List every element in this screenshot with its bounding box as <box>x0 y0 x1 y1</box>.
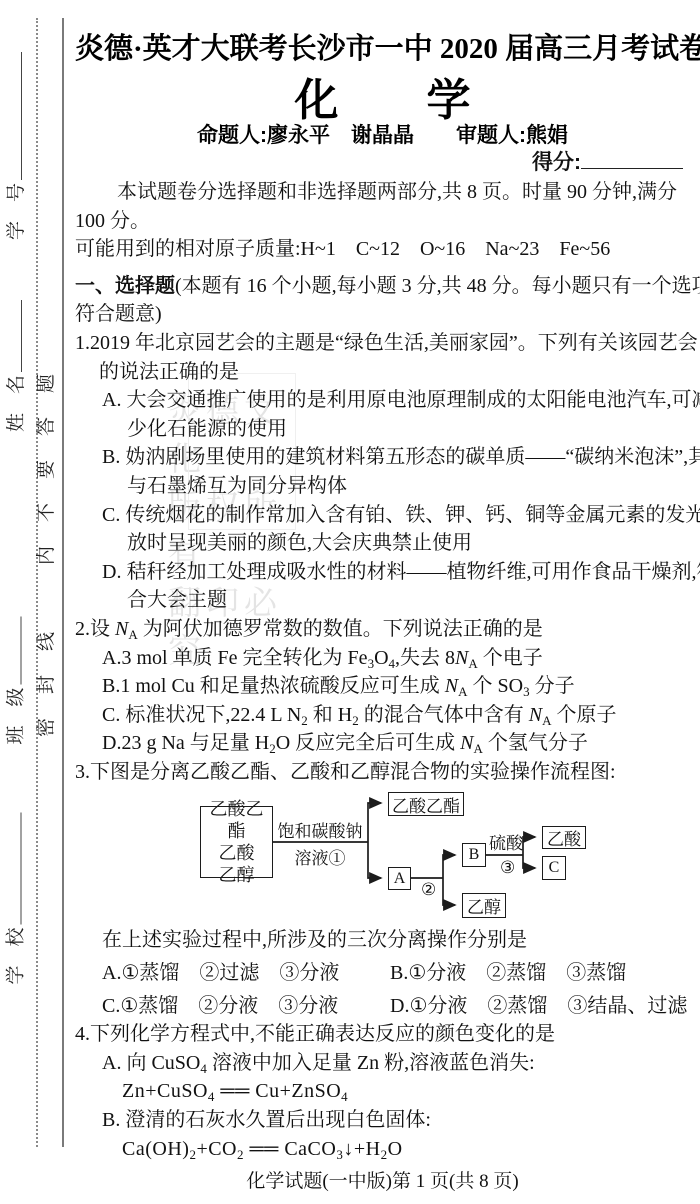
school-blank <box>4 812 22 924</box>
content-line: B.1 mol Cu 和足量热浓硫酸反应可生成 NA 个 SO3 分子 <box>75 672 693 701</box>
student-name-field: 姓 名 <box>4 290 30 432</box>
flow-step1-label: 饱和碳酸钠 <box>269 817 371 842</box>
content-line: 100 分。 <box>75 207 693 236</box>
flow-box-b: B <box>462 843 486 867</box>
content-line: Zn+CuSO4 ══ Cu+ZnSO4 <box>75 1077 693 1106</box>
content-line: D. 秸秆经加工处理成吸水性的材料——植物纤维,可用作食品干燥剂,符 <box>75 558 693 587</box>
content-line: B. 澄清的石灰水久置后出现白色固体: <box>75 1106 693 1135</box>
content-line: 的说法正确的是 <box>75 358 693 387</box>
student-id-blank <box>4 52 22 180</box>
content-line: C. 标准状况下,22.4 L N2 和 H2 的混合气体中含有 NA 个原子 <box>75 701 693 730</box>
page-border-line <box>62 18 64 1147</box>
option-column: C.①蒸馏 ②分液 ③分液 <box>102 992 390 1021</box>
content-line: 合大会主题 <box>75 586 693 615</box>
class-blank <box>4 616 22 684</box>
content-line: 一、选择题(本题有 16 个小题,每小题 3 分,共 48 分。每小题只有一个选… <box>75 272 693 301</box>
flow-box-acid: 乙酸 <box>542 826 586 849</box>
student-id-field: 学 号 <box>4 10 30 240</box>
flow-source-line: 乙酸乙酯 <box>201 798 272 842</box>
content-line: 与石墨烯互为同分异构体 <box>75 472 693 501</box>
content-line: C. 传统烟花的制作常加入含有铂、铁、钾、钙、铜等金属元素的发光剂,燃 <box>75 501 693 530</box>
content-line: 4.下列化学方程式中,不能正确表达反应的颜色变化的是 <box>75 1020 693 1049</box>
content-line: A. 大会交通推广使用的是利用原电池原理制成的太阳能电池汽车,可减 <box>75 386 693 415</box>
seal-line-text: 密封线 内不要答题 <box>34 367 60 737</box>
flow-box-ester: 乙酸乙酯 <box>388 792 464 816</box>
flow-box-c: C <box>542 856 566 880</box>
score-blank <box>581 149 683 169</box>
content-line: 符合题意) <box>75 300 693 329</box>
class-field: 班 级 <box>4 608 30 745</box>
student-name-blank <box>4 300 22 372</box>
option-column: D.①分液 ②蒸馏 ③结晶、过滤 <box>390 995 687 1017</box>
flow-box-ethanol: 乙醇 <box>462 893 506 918</box>
content-lines: 本试题卷分选择题和非选择题两部分,共 8 页。时量 90 分钟,满分100 分。… <box>75 178 693 1163</box>
content-line: 放时呈现美丽的颜色,大会庆典禁止使用 <box>75 529 693 558</box>
school-field: 学 校 <box>4 798 30 985</box>
school-label: 学 校 <box>6 927 27 984</box>
flow-source-line: 乙酸 <box>219 842 255 864</box>
flow-box-source: 乙酸乙酯 乙酸 乙醇 <box>200 806 273 878</box>
content-line: 3.下图是分离乙酸乙酯、乙酸和乙醇混合物的实验操作流程图: <box>75 758 693 787</box>
content-line: 本试题卷分选择题和非选择题两部分,共 8 页。时量 90 分钟,满分 <box>75 178 693 207</box>
content-line: A.①蒸馏 ②过滤 ③分液B.①分液 ②蒸馏 ③蒸馏 <box>75 959 693 988</box>
score-line: 得分: <box>532 146 683 176</box>
flow-step3-label: 硫酸 <box>489 829 523 854</box>
content-line: C.①蒸馏 ②分液 ③分液D.①分液 ②蒸馏 ③结晶、过滤 <box>75 992 693 1021</box>
content-line: D.23 g Na 与足量 H2O 反应完全后可生成 NA 个氢气分子 <box>75 729 693 758</box>
flow-source-line: 乙醇 <box>219 864 255 886</box>
content-line: Ca(OH)2+CO2 ══ CaCO3↓+H2O <box>75 1135 693 1164</box>
content-line: B. 妫汭剧场里使用的建筑材料第五形态的碳单质——“碳纳米泡沫”,其 <box>75 443 693 472</box>
content-line: 少化石能源的使用 <box>75 415 693 444</box>
content-line: 在上述实验过程中,所涉及的三次分离操作分别是 <box>75 926 693 955</box>
flow-box-a: A <box>388 867 411 890</box>
content-line: 2.设 NA 为阿伏加德罗常数的数值。下列说法正确的是 <box>75 615 693 644</box>
content-line: 可能用到的相对原子质量:H~1 C~12 O~16 Na~23 Fe~56 <box>75 235 693 264</box>
content-line: A. 向 CuSO4 溶液中加入足量 Zn 粉,溶液蓝色消失: <box>75 1049 693 1078</box>
option-column: A.①蒸馏 ②过滤 ③分液 <box>102 959 390 988</box>
flow-step2-label: ② <box>421 880 436 900</box>
page-footer: 化学试题(一中版)第 1 页(共 8 页) <box>75 1166 690 1193</box>
student-id-label: 学 号 <box>6 183 27 240</box>
class-label: 班 级 <box>6 687 27 744</box>
authors-line: 命题人:廖永平 谢晶晶 审题人:熊娟 <box>75 119 690 149</box>
flow-step1-sublabel: 溶液① <box>279 844 361 869</box>
flow-step3-sublabel: ③ <box>500 858 515 878</box>
flowchart: 乙酸乙酯 乙酸 乙醇 饱和碳酸钠 溶液① 乙酸乙酯 A ② B 乙醇 硫酸 ③ … <box>125 788 655 928</box>
score-label: 得分: <box>532 151 581 174</box>
exam-title: 炎德·英才大联考长沙市一中 2020 届高三月考试卷(一) <box>75 26 690 67</box>
content-line: A.3 mol 单质 Fe 完全转化为 Fe3O4,失去 8NA 个电子 <box>75 644 693 673</box>
option-column: B.①分液 ②蒸馏 ③蒸馏 <box>390 962 626 984</box>
content-line: 1.2019 年北京园艺会的主题是“绿色生活,美丽家园”。下列有关该园艺会 <box>75 329 693 358</box>
exam-page: 炎德文化 版权所有 翻印必究 学 号 姓 名 班 级 学 校 密封线 内不要答题… <box>0 0 700 1204</box>
student-name-label: 姓 名 <box>6 375 27 432</box>
